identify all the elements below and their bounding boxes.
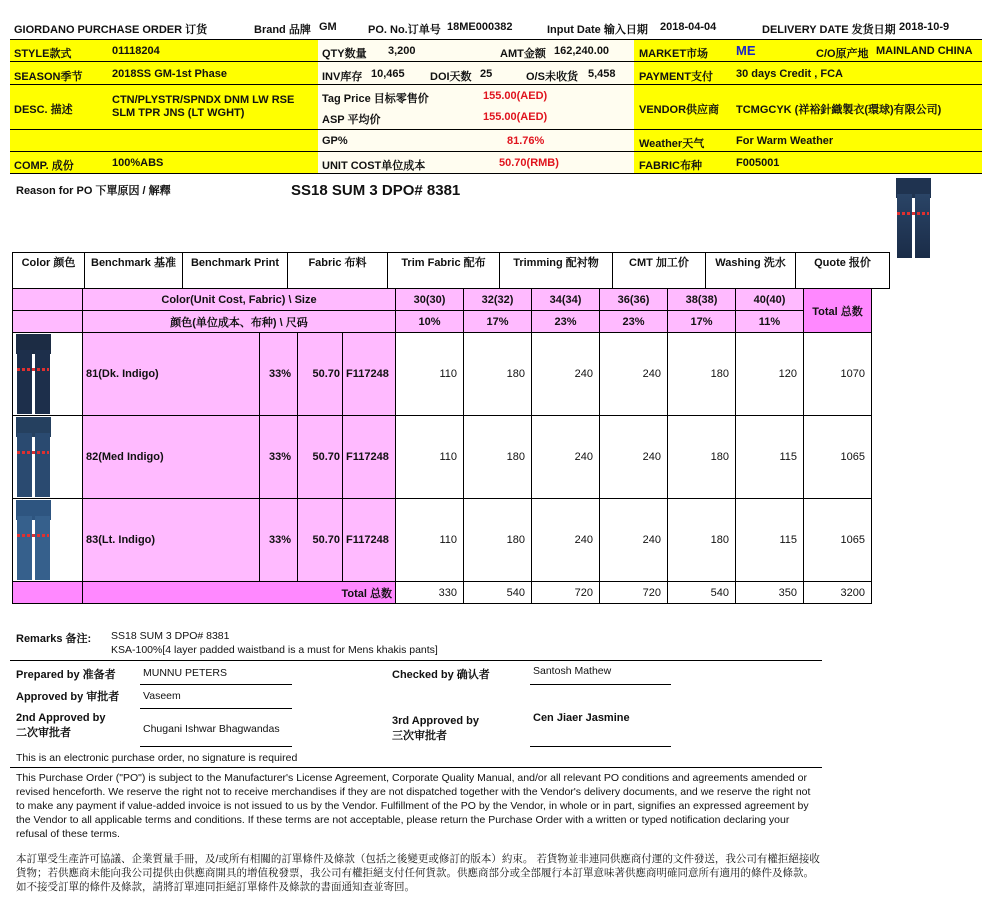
- tag-price-value: 155.00(AED): [483, 90, 547, 102]
- po-number-label: PO. No.订单号: [368, 21, 441, 37]
- fabric-value: F005001: [736, 157, 779, 169]
- season-value: 2018SS GM-1st Phase: [112, 68, 227, 80]
- color-fabric: F117248: [343, 499, 396, 582]
- vendor-label: VENDOR供应商: [639, 101, 719, 117]
- tag-price-label: Tag Price 目标零售价: [322, 90, 429, 106]
- asp-label: ASP 平均价: [322, 111, 380, 127]
- cost-breakdown-header: Color 颜色 Benchmark 基准 Benchmark Print Fa…: [12, 252, 890, 289]
- document-title: GIORDANO PURCHASE ORDER 订货: [14, 21, 207, 37]
- size-ratio: 17%: [668, 311, 736, 333]
- qty-cell: 240: [600, 499, 668, 582]
- row-total: 1065: [804, 416, 872, 499]
- size-total: 540: [668, 582, 736, 604]
- size-header: 40(40): [736, 289, 804, 311]
- doi-value: 25: [480, 68, 492, 80]
- terms-chinese: 本訂單受生產許可協議、企業質量手冊，及/或所有相關的訂單條件及條款（包括之後變更…: [16, 852, 821, 894]
- info-row-season: SEASON季节 2018SS GM-1st Phase INV库存 10,46…: [10, 62, 982, 85]
- qty-value: 3,200: [388, 45, 416, 57]
- qty-cell: 120: [736, 333, 804, 416]
- col-washing: Washing 洗水: [706, 253, 796, 289]
- input-date-label: Input Date 输入日期: [547, 21, 648, 37]
- third-approved-label-cn: 三次审批者: [392, 727, 447, 743]
- brand-label: Brand 品牌: [254, 21, 311, 37]
- origin-label: C/O原产地: [816, 45, 869, 61]
- size-header: 34(34): [532, 289, 600, 311]
- qty-cell: 240: [532, 416, 600, 499]
- payment-label: PAYMENT支付: [639, 68, 713, 84]
- weather-label: Weather天气: [639, 135, 704, 151]
- remarks-line-2: KSA-100%[4 layer padded waistband is a m…: [111, 644, 438, 656]
- prepared-by-value: MUNNU PETERS: [143, 667, 227, 679]
- qty-cell: 110: [396, 416, 464, 499]
- description-line-1: CTN/PLYSTR/SPNDX DNM LW RSE: [112, 94, 294, 106]
- unit-cost-label: UNIT COST单位成本: [322, 157, 425, 173]
- po-info-grid: STYLE款式 01118204 QTY数量 3,200 AMT金额 162,2…: [10, 39, 982, 174]
- approved-by-label: Approved by 审批者: [16, 688, 119, 704]
- size-total: 720: [532, 582, 600, 604]
- size-ratio: 23%: [532, 311, 600, 333]
- divider: [10, 767, 822, 768]
- qty-cell: 180: [668, 499, 736, 582]
- style-value: 01118204: [112, 45, 160, 57]
- color-cost: 50.70: [298, 333, 343, 416]
- qty-cell: 110: [396, 333, 464, 416]
- row-total: 1065: [804, 499, 872, 582]
- reason-value: SS18 SUM 3 DPO# 8381: [291, 182, 460, 199]
- divider: [10, 660, 822, 661]
- third-approved-value: Cen Jiaer Jasmine: [533, 712, 630, 724]
- size-ratio: 11%: [736, 311, 804, 333]
- gp-value: 81.76%: [507, 135, 544, 147]
- col-cmt: CMT 加工价: [613, 253, 706, 289]
- reason-label: Reason for PO 下單原因 / 解釋: [16, 182, 171, 198]
- table-row: 82(Med Indigo) 33% 50.70 F117248 110 180…: [13, 416, 872, 499]
- color-cost: 50.70: [298, 416, 343, 499]
- po-number-value: 18ME000382: [447, 21, 512, 33]
- fabric-label: FABRIC布种: [639, 157, 702, 173]
- size-total: 720: [600, 582, 668, 604]
- prepared-by-label: Prepared by 准备者: [16, 666, 116, 682]
- outstanding-value: 5,458: [588, 68, 616, 80]
- market-value: ME: [736, 43, 756, 58]
- info-row-gp: GP% 81.76% Weather天气 For Warm Weather: [10, 130, 982, 152]
- asp-value: 155.00(AED): [483, 111, 547, 123]
- description-line-2: SLM TPR JNS (LT WGHT): [112, 107, 244, 119]
- size-total: 330: [396, 582, 464, 604]
- size-total: 350: [736, 582, 804, 604]
- color-name: 83(Lt. Indigo): [83, 499, 260, 582]
- table-row: 81(Dk. Indigo) 33% 50.70 F117248 110 180…: [13, 333, 872, 416]
- size-ratio: 23%: [600, 311, 668, 333]
- size-header: 32(32): [464, 289, 532, 311]
- qty-cell: 180: [668, 333, 736, 416]
- style-label: STYLE款式: [14, 45, 71, 61]
- inventory-value: 10,465: [371, 68, 405, 80]
- description-label: DESC. 描述: [14, 101, 73, 117]
- doi-label: DOI天数: [430, 68, 472, 84]
- qty-cell: 115: [736, 416, 804, 499]
- input-date-value: 2018-04-04: [660, 21, 716, 33]
- remarks-label: Remarks 备注:: [16, 630, 91, 646]
- info-row-description: DESC. 描述 CTN/PLYSTR/SPNDX DNM LW RSE SLM…: [10, 85, 982, 130]
- color-swatch-image: [13, 333, 83, 416]
- totals-label: Total 总数: [83, 582, 396, 604]
- totals-row: Total 总数 330 540 720 720 540 350 3200: [13, 582, 872, 604]
- color-cost: 50.70: [298, 499, 343, 582]
- size-breakdown-table: Color(Unit Cost, Fabric) \ Size 30(30) 3…: [12, 288, 872, 604]
- color-swatch-image: [13, 416, 83, 499]
- qty-cell: 180: [464, 499, 532, 582]
- color-name: 82(Med Indigo): [83, 416, 260, 499]
- col-benchmark: Benchmark 基准: [85, 253, 183, 289]
- color-pct: 33%: [260, 416, 298, 499]
- size-ratio: 10%: [396, 311, 464, 333]
- second-approved-label-en: 2nd Approved by: [16, 712, 105, 724]
- col-benchmark-print: Benchmark Print: [183, 253, 288, 289]
- amt-label: AMT金额: [500, 45, 546, 61]
- row-total: 1070: [804, 333, 872, 416]
- color-fabric: F117248: [343, 333, 396, 416]
- table-row: 83(Lt. Indigo) 33% 50.70 F117248 110 180…: [13, 499, 872, 582]
- size-total: 540: [464, 582, 532, 604]
- grand-total: 3200: [804, 582, 872, 604]
- delivery-date-label: DELIVERY DATE 发货日期: [762, 21, 896, 37]
- market-label: MARKET市场: [639, 45, 708, 61]
- qty-cell: 180: [464, 416, 532, 499]
- origin-value: MAINLAND CHINA: [876, 45, 973, 57]
- qty-cell: 115: [736, 499, 804, 582]
- checked-by-value: Santosh Mathew: [533, 665, 611, 677]
- brand-value: GM: [319, 21, 337, 33]
- unit-cost-value: 50.70(RMB): [499, 157, 559, 169]
- product-image: [893, 178, 931, 260]
- color-name: 81(Dk. Indigo): [83, 333, 260, 416]
- remarks-line-1: SS18 SUM 3 DPO# 8381: [111, 630, 229, 642]
- size-header: 38(38): [668, 289, 736, 311]
- col-trim-fabric: Trim Fabric 配布: [388, 253, 500, 289]
- size-header-en: Color(Unit Cost, Fabric) \ Size: [83, 289, 396, 311]
- color-fabric: F117248: [343, 416, 396, 499]
- terms-english: This Purchase Order ("PO") is subject to…: [16, 771, 821, 841]
- second-approved-label-cn: 二次审批者: [16, 724, 71, 740]
- composition-value: 100%ABS: [112, 157, 163, 169]
- inventory-label: INV库存: [322, 68, 362, 84]
- vendor-value: TCMGCYK (祥裕針織製衣(環球)有限公司): [736, 101, 941, 117]
- color-swatch-image: [13, 499, 83, 582]
- col-fabric: Fabric 布料: [288, 253, 388, 289]
- amt-value: 162,240.00: [554, 45, 609, 57]
- weather-value: For Warm Weather: [736, 135, 833, 147]
- size-ratio: 17%: [464, 311, 532, 333]
- checked-by-label: Checked by 确认者: [392, 666, 490, 682]
- qty-cell: 240: [600, 416, 668, 499]
- size-header: 36(36): [600, 289, 668, 311]
- composition-label: COMP. 成份: [14, 157, 74, 173]
- qty-cell: 240: [532, 333, 600, 416]
- col-color: Color 颜色: [13, 253, 85, 289]
- electronic-po-note: This is an electronic purchase order, no…: [16, 752, 297, 764]
- season-label: SEASON季节: [14, 68, 82, 84]
- color-pct: 33%: [260, 333, 298, 416]
- col-trimming: Trimming 配衬物: [500, 253, 613, 289]
- qty-cell: 180: [464, 333, 532, 416]
- delivery-date-value: 2018-10-9: [899, 21, 949, 33]
- size-header: 30(30): [396, 289, 464, 311]
- info-row-composition: COMP. 成份 100%ABS UNIT COST单位成本 50.70(RMB…: [10, 152, 982, 174]
- third-approved-label-en: 3rd Approved by: [392, 715, 479, 727]
- total-header: Total 总数: [804, 289, 872, 333]
- color-pct: 33%: [260, 499, 298, 582]
- qty-label: QTY数量: [322, 45, 367, 61]
- qty-cell: 240: [532, 499, 600, 582]
- payment-value: 30 days Credit , FCA: [736, 68, 843, 80]
- col-quote: Quote 报价: [796, 253, 890, 289]
- qty-cell: 110: [396, 499, 464, 582]
- outstanding-label: O/S未收货: [526, 68, 578, 84]
- size-header-cn: 颜色(单位成本、布种) \ 尺码: [83, 311, 396, 333]
- info-row-style: STYLE款式 01118204 QTY数量 3,200 AMT金额 162,2…: [10, 40, 982, 62]
- gp-label: GP%: [322, 135, 348, 147]
- second-approved-value: Chugani Ishwar Bhagwandas: [143, 723, 280, 735]
- qty-cell: 240: [600, 333, 668, 416]
- qty-cell: 180: [668, 416, 736, 499]
- approved-by-value: Vaseem: [143, 690, 181, 702]
